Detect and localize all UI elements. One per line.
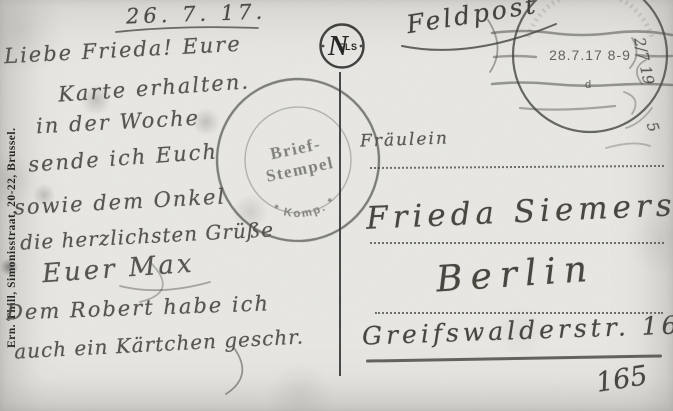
address-city: Berlin	[435, 248, 597, 300]
unit-stamp-center-line1: Brief-	[268, 134, 322, 163]
postmark-faint-arc-text	[528, 0, 652, 37]
message-line: sowie dem Onkel	[14, 184, 227, 219]
pencil-scribble	[624, 92, 636, 114]
message-line: Dem Robert habe ich	[6, 291, 271, 324]
address-street: Greifswalderstr. 16	[362, 310, 673, 350]
address-honorific: Fräulein	[360, 128, 450, 151]
unit-stamp-center-line2: Stempel	[264, 153, 335, 186]
pencil-note: 2/7 19	[630, 36, 658, 87]
message-line: Liebe Frieda! Eure	[4, 32, 243, 68]
pencil-note: 5	[643, 119, 663, 134]
feldpost-note: Feldpost	[405, 0, 541, 39]
feldpost-flourish	[488, 20, 498, 72]
logo-n: N	[327, 31, 350, 62]
postcard-scan: Ern. Thill, Simonisstraat, 20-22, Brusse…	[0, 0, 673, 411]
cancel-bar	[494, 56, 536, 57]
address-ruled-line-2	[370, 242, 664, 244]
signature-flourish	[120, 282, 210, 290]
closing-flourish	[226, 348, 242, 394]
address-recipient: Frieda Siemers	[365, 187, 673, 237]
pencil-scribble	[606, 143, 650, 148]
postmark-code-letter: d	[585, 79, 591, 91]
logo-els: ELS	[339, 42, 358, 52]
message-line: die herzlichsten Grüße	[20, 217, 275, 254]
message-signature: Euer Max	[41, 249, 195, 290]
message-line: Karte erhalten.	[57, 69, 250, 106]
address-number-note: 165	[594, 360, 650, 399]
street-underline	[366, 354, 662, 362]
svg-text:* Komp. *: * Komp. *	[270, 194, 341, 224]
message-line: auch ein Kärtchen geschr.	[14, 324, 305, 363]
nels-logo-icon: N ELS	[316, 20, 368, 72]
cancel-bar	[492, 31, 672, 35]
postmark-date: 28.7.17 8-9	[549, 47, 631, 63]
handwritten-date: 26. 7. 17.	[126, 0, 267, 28]
message-line: sende ich Euch	[27, 139, 218, 176]
message-line: in der Woche	[35, 106, 200, 139]
address-divider-line	[339, 72, 341, 376]
address-ruled-line-1	[370, 165, 664, 169]
cancel-bar	[520, 106, 615, 110]
unit-stamp-bottom-text: * Komp. *	[270, 194, 341, 224]
